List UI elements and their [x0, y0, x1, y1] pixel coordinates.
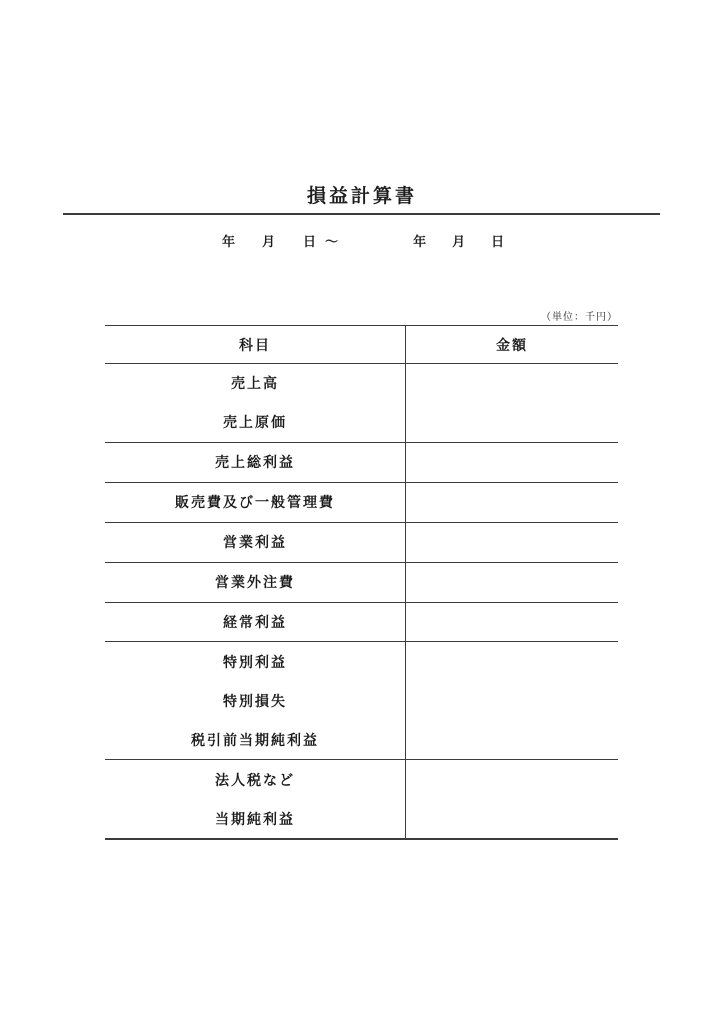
row-amount-cell [405, 760, 618, 799]
table-row: 営業利益 [105, 523, 618, 563]
row-label: 営業利益 [105, 523, 405, 562]
table-row: 売上総利益 [105, 443, 618, 483]
header-amount-label: 金額 [405, 326, 618, 363]
row-amount-cell [405, 403, 618, 442]
row-label: 経常利益 [105, 603, 405, 642]
row-amount-cell [405, 642, 618, 681]
document-page: 損益計算書 年 月 日 ～ 年 月 日 （単位：千円） 科目 金額 売上高 売上… [0, 0, 724, 1024]
header-item-label: 科目 [105, 326, 405, 363]
date-line: 年 月 日 ～ 年 月 日 [222, 234, 504, 250]
row-label: 特別利益 [105, 642, 405, 681]
unit-note: （単位：千円） [541, 308, 618, 323]
row-amount-cell [405, 523, 618, 562]
row-amount-cell [405, 603, 618, 642]
row-amount-cell [405, 364, 618, 403]
row-amount-cell [405, 799, 618, 838]
table-row: 特別利益 [105, 642, 618, 681]
date-part-month-from: 月 [262, 234, 275, 250]
row-label: 売上原価 [105, 403, 405, 442]
table-row: 当期純利益 [105, 799, 618, 838]
date-part-tilde: ～ [325, 234, 338, 250]
table-row: 営業外注費 [105, 563, 618, 603]
table-row: 特別損失 [105, 681, 618, 720]
row-amount-cell [405, 720, 618, 759]
date-part-month-to: 月 [452, 234, 465, 250]
date-part-day-to: 日 [491, 234, 504, 250]
row-label: 税引前当期純利益 [105, 720, 405, 759]
table-row: 税引前当期純利益 [105, 720, 618, 760]
page-title: 損益計算書 [0, 181, 724, 208]
date-part-day-from: 日 [303, 234, 316, 250]
table-row: 売上高 [105, 364, 618, 403]
title-rule [63, 213, 660, 215]
row-label: 特別損失 [105, 681, 405, 720]
row-label: 法人税など [105, 760, 405, 799]
row-amount-cell [405, 681, 618, 720]
table-row: 法人税など [105, 760, 618, 799]
table-row: 経常利益 [105, 603, 618, 643]
row-amount-cell [405, 483, 618, 522]
pl-table: 科目 金額 売上高 売上原価 売上総利益 販売費及び一般管理費 営業利益 営業外… [105, 325, 618, 840]
date-part-year-to: 年 [413, 234, 426, 250]
date-part-year-from: 年 [222, 234, 235, 250]
table-header-row: 科目 金額 [105, 326, 618, 364]
row-label: 営業外注費 [105, 563, 405, 602]
row-label: 販売費及び一般管理費 [105, 483, 405, 522]
table-row: 販売費及び一般管理費 [105, 483, 618, 523]
row-label: 売上総利益 [105, 443, 405, 482]
row-label: 当期純利益 [105, 799, 405, 838]
row-amount-cell [405, 443, 618, 482]
row-label: 売上高 [105, 364, 405, 403]
row-amount-cell [405, 563, 618, 602]
table-row: 売上原価 [105, 403, 618, 443]
